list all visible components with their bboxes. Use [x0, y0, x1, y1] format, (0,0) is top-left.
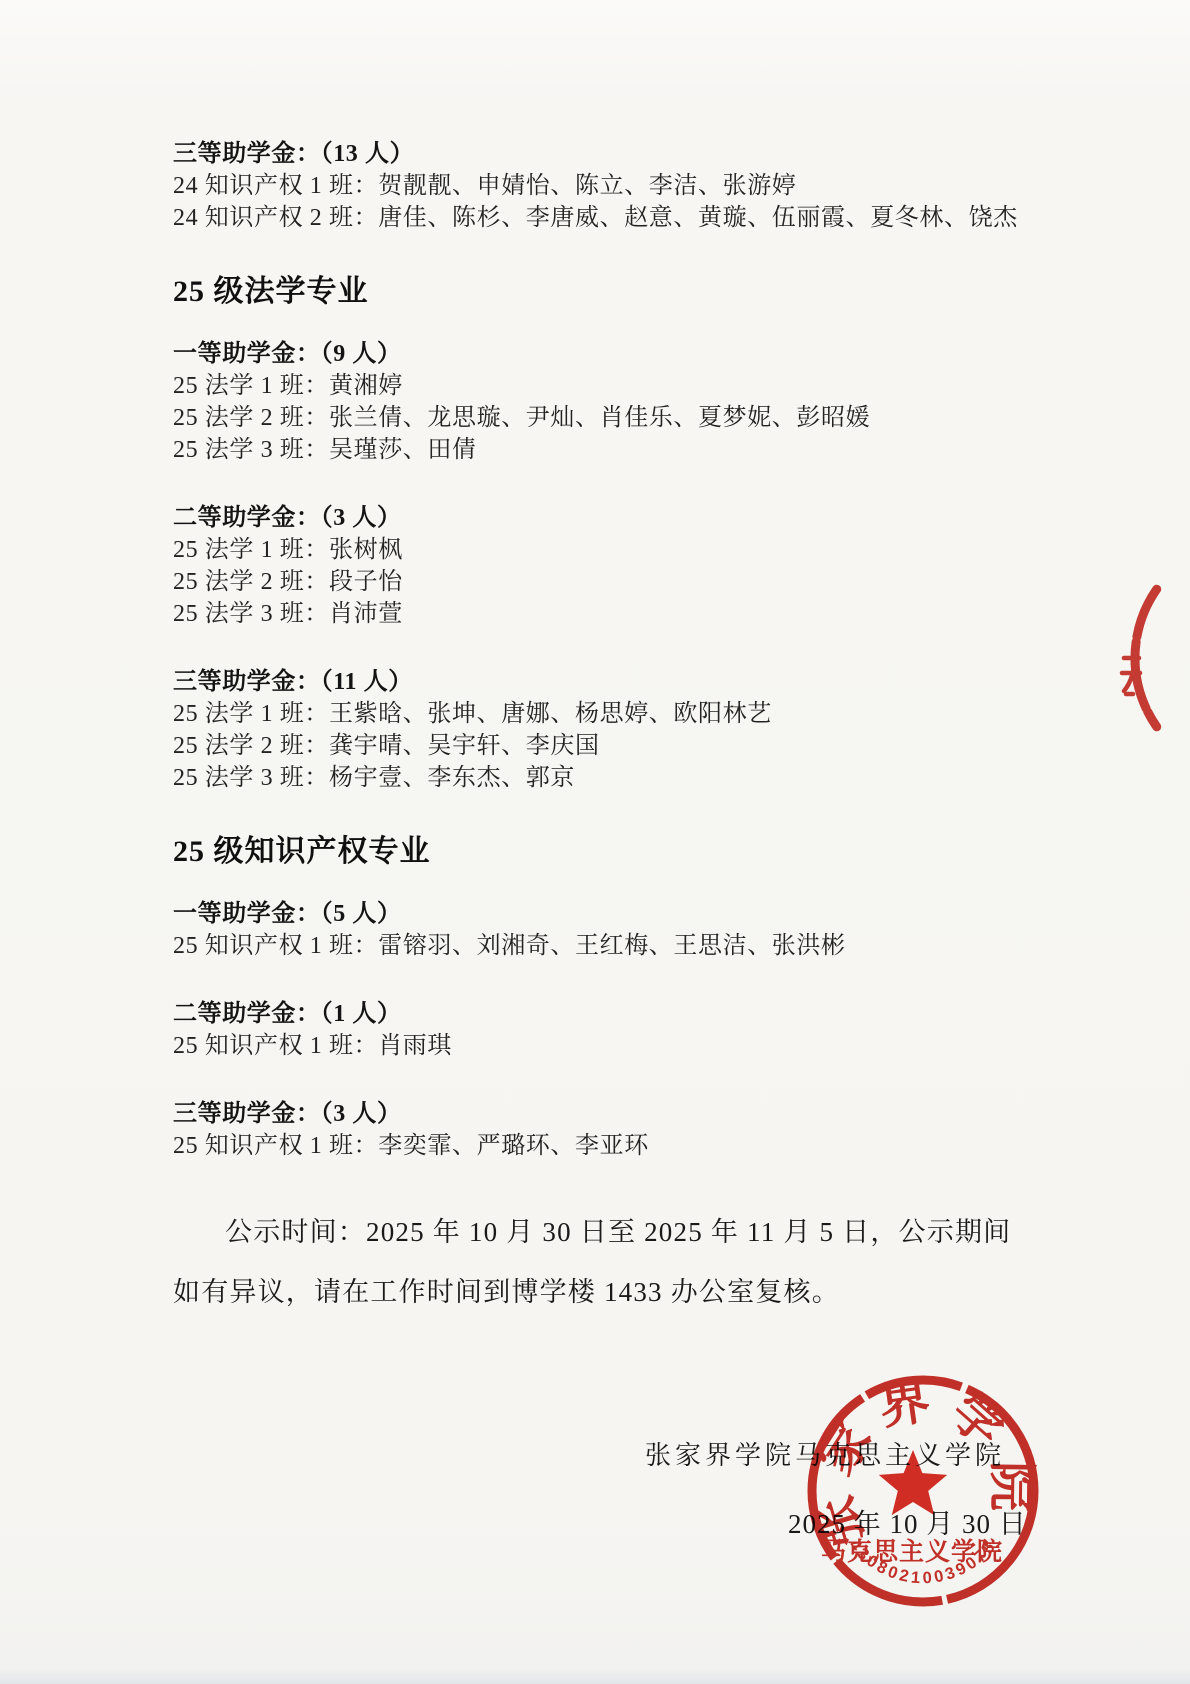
class-roster-line: 24 知识产权 1 班：贺靓靓、申婧怡、陈立、李洁、张游婷 [173, 170, 1103, 202]
sections: 三等助学金：（13 人） 24 知识产权 1 班：贺靓靓、申婧怡、陈立、李洁、张… [173, 138, 1103, 1162]
scholarship-tier: 二等助学金：（1 人） 25 知识产权 1 班：肖雨琪 [173, 998, 1103, 1062]
scholarship-section: 三等助学金：（13 人） 24 知识产权 1 班：贺靓靓、申婧怡、陈立、李洁、张… [173, 138, 1103, 234]
tier-lines: 25 知识产权 1 班：雷镕羽、刘湘奇、王红梅、王思洁、张洪彬 [173, 930, 1103, 962]
scholarship-section: 25 级法学专业 一等助学金：（9 人） 25 法学 1 班：黄湘婷25 法学 … [173, 270, 1103, 794]
svg-text:张家界学院: 张家界学院 [806, 1374, 1044, 1556]
class-roster-line: 25 法学 3 班：肖沛萱 [173, 598, 1103, 630]
scholarship-tier: 三等助学金：（11 人） 25 法学 1 班：王紫晗、张坤、唐娜、杨思婷、欧阳林… [173, 666, 1103, 794]
document-content: 三等助学金：（13 人） 24 知识产权 1 班：贺靓靓、申婧怡、陈立、李洁、张… [173, 138, 1103, 1322]
partial-seal-edge-stamp [1110, 563, 1190, 763]
class-roster-line: 24 知识产权 2 班：唐佳、陈杉、李唐威、赵意、黄璇、伍丽霞、夏冬林、饶杰 [173, 202, 1103, 234]
tier-lines: 25 知识产权 1 班：肖雨琪 [173, 1030, 1103, 1062]
tier-lines: 25 知识产权 1 班：李奕霏、严璐环、李亚环 [173, 1130, 1103, 1162]
tier-lines: 24 知识产权 1 班：贺靓靓、申婧怡、陈立、李洁、张游婷24 知识产权 2 班… [173, 170, 1103, 234]
tier-list: 一等助学金：（5 人） 25 知识产权 1 班：雷镕羽、刘湘奇、王红梅、王思洁、… [173, 898, 1103, 1162]
notice-paragraph: 公示时间：2025 年 10 月 30 日至 2025 年 11 月 5 日，公… [173, 1202, 1053, 1322]
tier-lines: 25 法学 1 班：张树枫25 法学 2 班：段子怡25 法学 3 班：肖沛萱 [173, 534, 1103, 630]
tier-label: 三等助学金：（3 人） [173, 1098, 1103, 1130]
scholarship-section: 25 级知识产权专业 一等助学金：（5 人） 25 知识产权 1 班：雷镕羽、刘… [173, 830, 1103, 1162]
tier-label: 二等助学金：（1 人） [173, 998, 1103, 1030]
section-heading: 25 级知识产权专业 [173, 830, 1103, 874]
class-roster-line: 25 法学 2 班：张兰倩、龙思璇、尹灿、肖佳乐、夏梦妮、彭昭媛 [173, 402, 1103, 434]
class-roster-line: 25 法学 3 班：杨宇壹、李东杰、郭京 [173, 762, 1103, 794]
class-roster-line: 25 法学 1 班：黄湘婷 [173, 370, 1103, 402]
official-seal-stamp: 张家界学院 马克思主义学院 43080210039075 [806, 1374, 1044, 1612]
tier-lines: 25 法学 1 班：王紫晗、张坤、唐娜、杨思婷、欧阳林艺25 法学 2 班：龚宇… [173, 698, 1103, 794]
class-roster-line: 25 知识产权 1 班：肖雨琪 [173, 1030, 1103, 1062]
notice-line: 公示时间：2025 年 10 月 30 日至 2025 年 11 月 5 日，公… [173, 1202, 1053, 1262]
class-roster-line: 25 法学 1 班：张树枫 [173, 534, 1103, 566]
scholarship-tier: 一等助学金：（5 人） 25 知识产权 1 班：雷镕羽、刘湘奇、王红梅、王思洁、… [173, 898, 1103, 962]
tier-label: 一等助学金：（9 人） [173, 338, 1103, 370]
tier-label: 一等助学金：（5 人） [173, 898, 1103, 930]
tier-list: 一等助学金：（9 人） 25 法学 1 班：黄湘婷25 法学 2 班：张兰倩、龙… [173, 338, 1103, 794]
tier-label: 三等助学金：（11 人） [173, 666, 1103, 698]
scholarship-tier: 三等助学金：（13 人） 24 知识产权 1 班：贺靓靓、申婧怡、陈立、李洁、张… [173, 138, 1103, 234]
notice-line: 如有异议，请在工作时间到博学楼 1433 办公室复核。 [173, 1262, 1053, 1322]
tier-label: 三等助学金：（13 人） [173, 138, 1103, 170]
document-page: 三等助学金：（13 人） 24 知识产权 1 班：贺靓靓、申婧怡、陈立、李洁、张… [0, 0, 1190, 1684]
class-roster-line: 25 知识产权 1 班：雷镕羽、刘湘奇、王红梅、王思洁、张洪彬 [173, 930, 1103, 962]
tier-lines: 25 法学 1 班：黄湘婷25 法学 2 班：张兰倩、龙思璇、尹灿、肖佳乐、夏梦… [173, 370, 1103, 466]
class-roster-line: 25 法学 2 班：段子怡 [173, 566, 1103, 598]
class-roster-line: 25 法学 2 班：龚宇晴、吴宇轩、李庆国 [173, 730, 1103, 762]
star-icon [879, 1450, 947, 1515]
tier-label: 二等助学金：（3 人） [173, 502, 1103, 534]
section-heading: 25 级法学专业 [173, 270, 1103, 314]
seal-ring-text-group: 张家界学院 [806, 1374, 1044, 1556]
scholarship-tier: 二等助学金：（3 人） 25 法学 1 班：张树枫25 法学 2 班：段子怡25… [173, 502, 1103, 630]
seal-ring-text: 张家界学院 [806, 1374, 1044, 1556]
scholarship-tier: 三等助学金：（3 人） 25 知识产权 1 班：李奕霏、严璐环、李亚环 [173, 1098, 1103, 1162]
tier-list: 三等助学金：（13 人） 24 知识产权 1 班：贺靓靓、申婧怡、陈立、李洁、张… [173, 138, 1103, 234]
class-roster-line: 25 知识产权 1 班：李奕霏、严璐环、李亚环 [173, 1130, 1103, 1162]
class-roster-line: 25 法学 1 班：王紫晗、张坤、唐娜、杨思婷、欧阳林艺 [173, 698, 1103, 730]
scholarship-tier: 一等助学金：（9 人） 25 法学 1 班：黄湘婷25 法学 2 班：张兰倩、龙… [173, 338, 1103, 466]
class-roster-line: 25 法学 3 班：吴瑾莎、田倩 [173, 434, 1103, 466]
seal-svg: 张家界学院 马克思主义学院 43080210039075 [806, 1374, 1044, 1612]
edge-stamp-svg [1110, 563, 1190, 763]
